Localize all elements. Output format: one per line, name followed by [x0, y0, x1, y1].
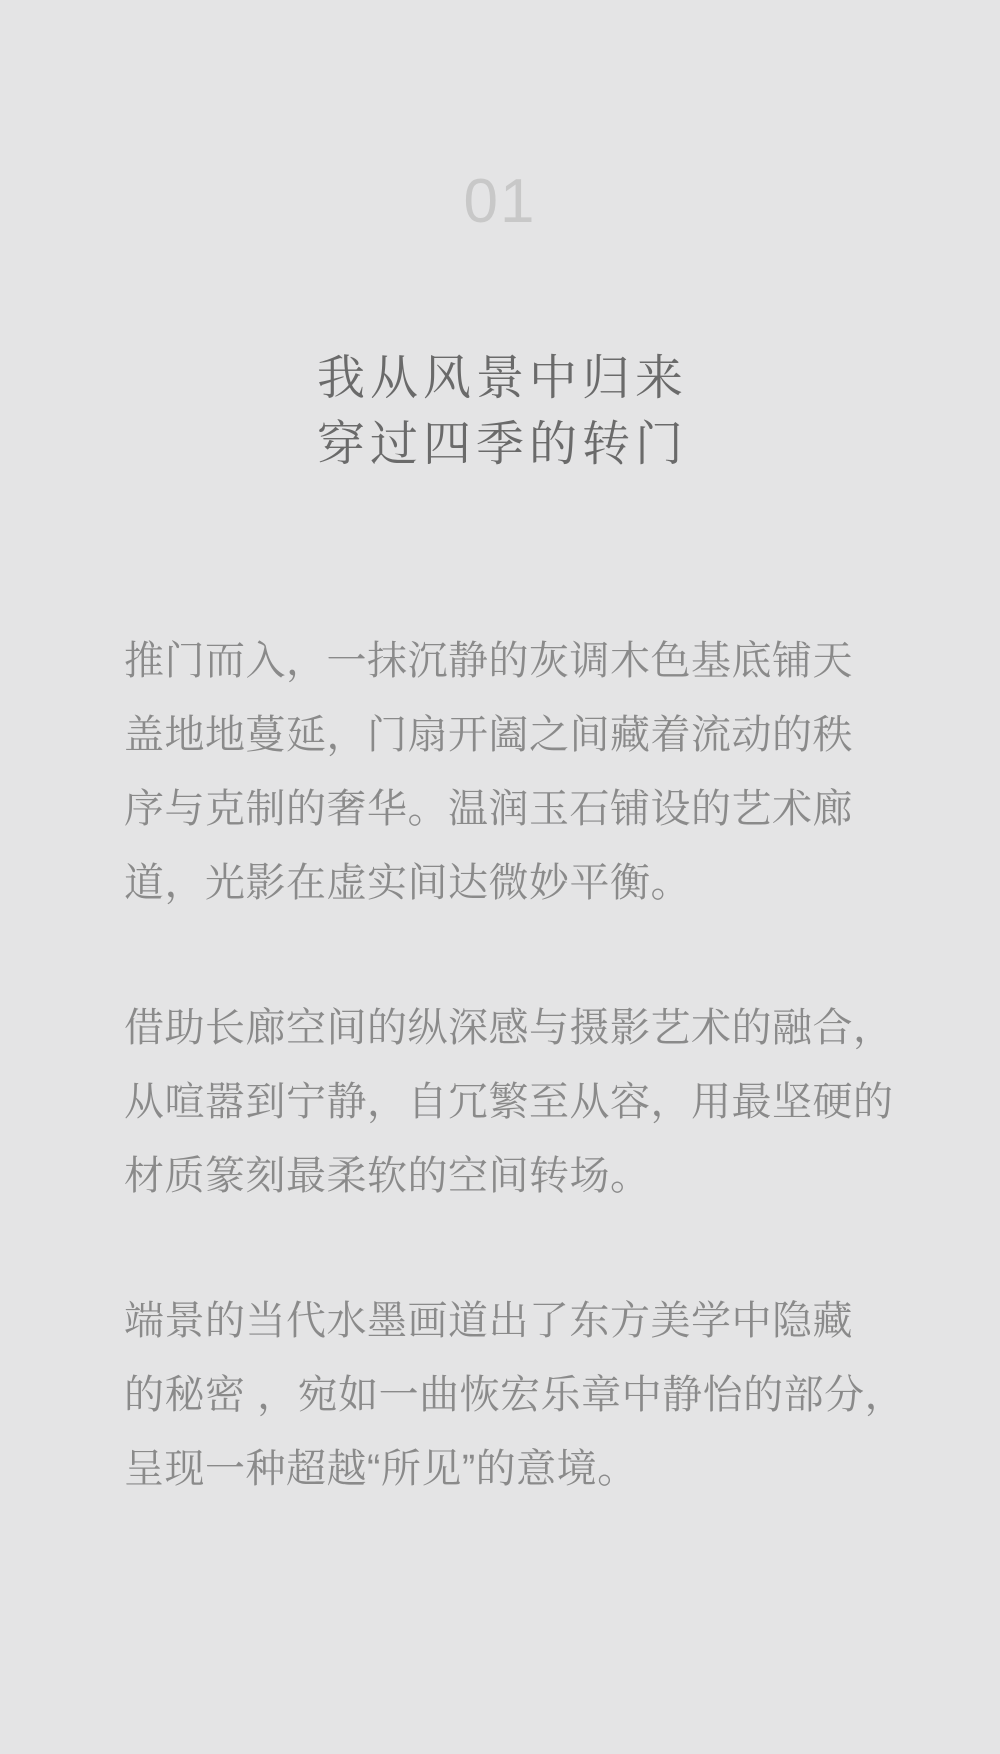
paragraph-2-line-2: 从喧嚣到宁静，自冗繁至从容，用最坚硬的 — [124, 1065, 904, 1139]
paragraph-1-line-4: 道，光影在虚实间达微妙平衡。 — [124, 846, 904, 920]
paragraph-2-line-1: 借助长廊空间的纵深感与摄影艺术的融合， — [124, 991, 904, 1065]
paragraph-1-line-2: 盖地地蔓延，门扇开阖之间藏着流动的秩 — [124, 698, 904, 772]
section-number: 01 — [0, 171, 1000, 233]
paragraph-1: 推门而入，一抹沉静的灰调木色基底铺天 盖地地蔓延，门扇开阖之间藏着流动的秩 序与… — [124, 624, 904, 920]
paragraph-3-line-1: 端景的当代水墨画道出了东方美学中隐藏 — [124, 1284, 904, 1358]
title-line-1: 我从风景中归来 — [5, 345, 1000, 411]
paragraph-3-line-3: 呈现一种超越“所见”的意境。 — [124, 1432, 904, 1506]
article-page: 01 我从风景中归来 穿过四季的转门 推门而入，一抹沉静的灰调木色基底铺天 盖地… — [0, 0, 1000, 1754]
paragraph-3: 端景的当代水墨画道出了东方美学中隐藏 的秘密 ，宛如一曲恢宏乐章中静怡的部分， … — [124, 1284, 904, 1506]
title-line-2: 穿过四季的转门 — [5, 411, 1000, 477]
paragraph-3-line-2: 的秘密 ，宛如一曲恢宏乐章中静怡的部分， — [124, 1358, 904, 1432]
paragraph-1-line-3: 序与克制的奢华。温润玉石铺设的艺术廊 — [124, 772, 904, 846]
section-title: 我从风景中归来 穿过四季的转门 — [0, 345, 1000, 477]
paragraph-1-line-1: 推门而入，一抹沉静的灰调木色基底铺天 — [124, 624, 904, 698]
article-body: 推门而入，一抹沉静的灰调木色基底铺天 盖地地蔓延，门扇开阖之间藏着流动的秩 序与… — [124, 624, 904, 1506]
paragraph-2: 借助长廊空间的纵深感与摄影艺术的融合， 从喧嚣到宁静，自冗繁至从容，用最坚硬的 … — [124, 991, 904, 1213]
paragraph-2-line-3: 材质篆刻最柔软的空间转场。 — [124, 1139, 904, 1213]
